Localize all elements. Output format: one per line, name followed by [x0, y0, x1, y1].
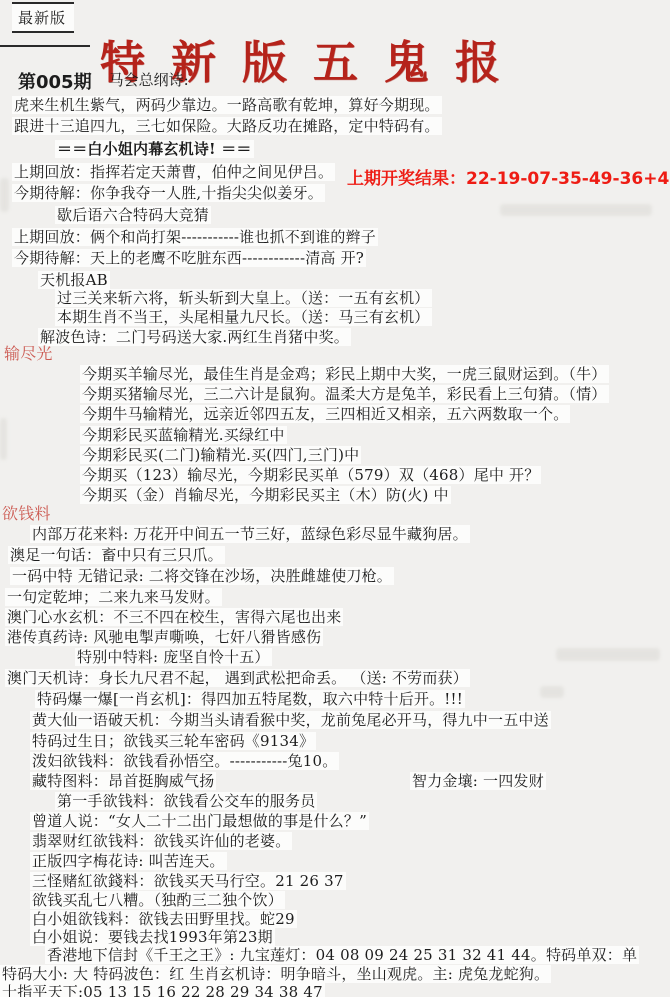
text-line-content: 第一手欲钱料：欲钱看公交车的服务员 [55, 792, 317, 810]
text-line: 上期回放：俩个和尚打架-----------谁也抓不到谁的辫子 [12, 228, 378, 247]
edition-underline-rule [0, 45, 90, 47]
text-line: 过三关来斩六将，斩头斩到大皇上。（送：一五有玄机） [55, 289, 432, 308]
text-line-content: 藏特图料：昂首挺胸威气扬 [30, 772, 216, 790]
text-line-content: 智力金壤: 一四发财 [410, 772, 546, 790]
text-line: 香港地下信封《千王之王》: 九宝莲灯：04 08 09 24 25 31 32 … [45, 946, 639, 965]
text-line-content: 特别中特料: 庞坚自怜十五） [75, 648, 272, 666]
text-line: 一句定乾坤；二来九来马发财。 [5, 588, 222, 607]
text-line-content: 今期彩民买(二门)输精光.买(四门,三门)中 [80, 446, 361, 464]
text-line: 今期待解：你争我夺一人胜,十指尖尖似姜牙。 [12, 184, 325, 203]
text-line-content: 翡翠财红欲钱料：欲钱买许仙的老婆。 [30, 832, 292, 850]
text-line: 欲钱买乱七八糟。（独酌三二独个饮） [30, 891, 285, 910]
text-line: 特码大小: 大 特码波色：红 生肖玄机诗：明争暗斗，坐山观虎。主: 虎兔龙蛇狗。 [0, 965, 551, 984]
text-line: 港传真药诗: 风驰电掣声嘶唤，七奸八猾皆感伤 [5, 628, 323, 647]
text-line: 歇后语六合特码大竞猜 [55, 206, 211, 225]
text-line-content: 特码过生日；欲钱买三轮车密码《9134》 [30, 732, 316, 750]
section-label: 欲钱料 [0, 504, 53, 523]
text-line-content: 今期待解：天上的老鹰不吃脏东西------------清高 开? [12, 249, 366, 267]
text-line: 天机报AB [38, 271, 110, 290]
text-line-content: 上期回放：俩个和尚打架-----------谁也抓不到谁的辫子 [12, 228, 378, 246]
text-line-content: 解波色诗：二门号码送大家.两红生肖猪中奖。 [38, 328, 351, 346]
scan-artifact [500, 204, 652, 216]
text-line-content: 内部万花来料: 万花开中间五一节三好，蓝绿色彩尽显牛藏狗居。 [30, 525, 470, 543]
text-line: 正版四字梅花诗: 叫苦连天。 [30, 852, 227, 871]
text-line: ＝＝白小姐内幕玄机诗! ＝＝ [55, 140, 254, 159]
text-line-content: 澳门天机诗：身长九尺君不起， 遇到武松把命丢。 （送: 不劳而获） [5, 669, 470, 687]
text-line: 特别中特料: 庞坚自怜十五） [75, 648, 272, 667]
text-line: 今期彩民买蓝输精光.买绿红中 [80, 426, 287, 445]
text-line-content: 欲钱买乱七八糟。（独酌三二独个饮） [30, 891, 285, 909]
text-line-content: 一码中特 无错记录: 二将交锋在沙场，决胜雌雄使刀枪。 [10, 567, 394, 585]
text-line: 白小姐说：要钱去找1993年第23期 [30, 928, 275, 947]
text-line-content: 澳门心水玄机：不三不四在校生，害得六尾也出来 [5, 608, 343, 626]
text-line: 今期牛马输精光，远亲近邻四五友，三四相近又相亲，五六两数取一个。 [80, 405, 570, 424]
five-ghost-report-page: 最新版 特新版五鬼报 第005期 马会总纲诗: 上期开奖结果：22-19-07-… [0, 0, 670, 997]
text-line-content: 三怪赌紅欲錢料：欲钱买天马行空。21 26 37 [30, 872, 346, 890]
text-line: 澳足一句话：畜中只有三只爪。 [8, 546, 225, 565]
text-line-content: 黄大仙一语破天机：今期当头请看猴中奖，龙前兔尾必开马，得九中一五中送 [30, 711, 551, 729]
edition-tag-label: 最新版 [18, 9, 66, 27]
text-line-content: 白小姐欲钱料：欲钱去田野里找。蛇29 [30, 910, 297, 928]
scan-artifact [556, 648, 660, 661]
text-line-content: 特码爆一爆[一肖玄机]：得四加五特尾数，取六中特十后开。!!! [35, 690, 465, 708]
text-line-content: 泼妇欲钱料：欲钱看孙悟空。-----------兔10。 [30, 752, 339, 770]
text-line-content: 今期买羊输尽光，最佳生肖是金鸡；彩民上期中大奖，一虎三鼠财运到。（牛） [80, 365, 609, 383]
text-line-content: 本期生肖不当王，头尾相量九尺长。（送：马三有玄机） [55, 308, 432, 326]
text-line-content: 虎来生机生紫气，两码少靠边。一路高歌有乾坤，算好今期现。 [12, 96, 442, 114]
text-line: 虎来生机生紫气，两码少靠边。一路高歌有乾坤，算好今期现。 [12, 96, 442, 115]
text-line: 今期买（金）肖输尽光，今期彩民买主（木）防(火) 中 [80, 486, 451, 505]
text-line-content: 特码大小: 大 特码波色：红 生肖玄机诗：明争暗斗，坐山观虎。主: 虎兔龙蛇狗。 [0, 965, 551, 983]
text-line: 第一手欲钱料：欲钱看公交车的服务员 [55, 792, 317, 811]
text-line: 白小姐欲钱料：欲钱去田野里找。蛇29 [30, 910, 297, 929]
text-line-content: 十指平天下:05 13 15 16 22 28 29 34 38 47 [0, 983, 325, 997]
text-line-content: 香港地下信封《千王之王》: 九宝莲灯：04 08 09 24 25 31 32 … [45, 946, 639, 964]
scan-artifact [0, 418, 7, 460]
scan-artifact [540, 686, 564, 698]
text-line-content: 今期买猪输尽光，三二六计是鼠狗。温柔大方是兔羊，彩民看上三句猜。（情） [80, 385, 609, 403]
text-line-content: 欲钱料 [0, 504, 53, 523]
text-line-content: 白小姐说：要钱去找1993年第23期 [30, 928, 275, 946]
text-line-content: 一句定乾坤；二来九来马发财。 [5, 588, 222, 606]
text-line-content: 输尽光 [2, 344, 55, 363]
text-line-content: ＝＝白小姐内幕玄机诗! ＝＝ [55, 140, 254, 158]
text-line-content: 跟进十三追四九，三七如保险。大路反功在摊路，定中特码有。 [12, 117, 442, 135]
issue-row: 第005期 马会总纲诗: [18, 68, 189, 94]
text-line: 澳门心水玄机：不三不四在校生，害得六尾也出来 [5, 608, 343, 627]
previous-draw-result: 上期开奖结果：22-19-07-35-49-36+45 [347, 164, 670, 189]
text-line: 特码过生日；欲钱买三轮车密码《9134》 [30, 732, 316, 751]
scan-artifact [0, 178, 9, 212]
text-line: 今期买猪输尽光，三二六计是鼠狗。温柔大方是兔羊，彩民看上三句猜。（情） [80, 385, 609, 404]
text-line-content: 今期买（123）输尽光，今期彩民买单（579）双（468）尾中 开？ [80, 466, 541, 484]
text-line-content: 曾道人说：“女人二十二出门最想做的事是什么？” [30, 812, 369, 830]
text-line-content: 澳足一句话：畜中只有三只爪。 [8, 546, 225, 564]
text-line-content: 正版四字梅花诗: 叫苦连天。 [30, 852, 227, 870]
text-line-content: 港传真药诗: 风驰电掣声嘶唤，七奸八猾皆感伤 [5, 628, 323, 646]
text-line: 曾道人说：“女人二十二出门最想做的事是什么？” [30, 812, 369, 831]
text-line: 今期彩民买(二门)输精光.买(四门,三门)中 [80, 446, 361, 465]
text-line: 黄大仙一语破天机：今期当头请看猴中奖，龙前兔尾必开马，得九中一五中送 [30, 711, 551, 730]
text-line: 澳门天机诗：身长九尺君不起， 遇到武松把命丢。 （送: 不劳而获） [5, 669, 470, 688]
text-line: 今期买羊输尽光，最佳生肖是金鸡；彩民上期中大奖，一虎三鼠财运到。（牛） [80, 365, 609, 384]
text-line: 今期待解：天上的老鹰不吃脏东西------------清高 开? [12, 249, 366, 268]
text-line: 跟进十三追四九，三七如保险。大路反功在摊路，定中特码有。 [12, 117, 442, 136]
text-line-content: 过三关来斩六将，斩头斩到大皇上。（送：一五有玄机） [55, 289, 432, 307]
section-label: 输尽光 [2, 344, 55, 363]
text-line-content: 今期彩民买蓝输精光.买绿红中 [80, 426, 287, 444]
series-label: 马会总纲诗: [109, 69, 189, 90]
text-line: 上期回放：指挥若定天萧曹，伯仲之间见伊吕。 [12, 163, 335, 182]
text-line: 特码爆一爆[一肖玄机]：得四加五特尾数，取六中特十后开。!!! [35, 690, 465, 709]
text-line: 泼妇欲钱料：欲钱看孙悟空。-----------兔10。 [30, 752, 339, 771]
issue-number: 第005期 [18, 68, 92, 94]
text-line-content: 歇后语六合特码大竞猜 [55, 206, 211, 224]
text-line: 智力金壤: 一四发财 [410, 772, 546, 791]
text-line: 内部万花来料: 万花开中间五一节三好，蓝绿色彩尽显牛藏狗居。 [30, 525, 470, 544]
text-line-content: 上期回放：指挥若定天萧曹，伯仲之间见伊吕。 [12, 163, 335, 181]
text-line-content: 今期买（金）肖输尽光，今期彩民买主（木）防(火) 中 [80, 486, 451, 504]
edition-tag: 最新版 [12, 2, 74, 33]
text-line: 翡翠财红欲钱料：欲钱买许仙的老婆。 [30, 832, 292, 851]
text-line-content: 天机报AB [38, 271, 110, 289]
text-line: 藏特图料：昂首挺胸威气扬 [30, 772, 216, 791]
text-line: 三怪赌紅欲錢料：欲钱买天马行空。21 26 37 [30, 872, 346, 891]
text-line: 十指平天下:05 13 15 16 22 28 29 34 38 47 [0, 983, 325, 997]
text-line-content: 今期牛马输精光，远亲近邻四五友，三四相近又相亲，五六两数取一个。 [80, 405, 570, 423]
text-line: 本期生肖不当王，头尾相量九尺长。（送：马三有玄机） [55, 308, 432, 327]
text-line: 解波色诗：二门号码送大家.两红生肖猪中奖。 [38, 328, 351, 347]
text-line: 今期买（123）输尽光，今期彩民买单（579）双（468）尾中 开？ [80, 466, 541, 485]
text-line: 一码中特 无错记录: 二将交锋在沙场，决胜雌雄使刀枪。 [10, 567, 394, 586]
text-line-content: 今期待解：你争我夺一人胜,十指尖尖似姜牙。 [12, 184, 325, 202]
